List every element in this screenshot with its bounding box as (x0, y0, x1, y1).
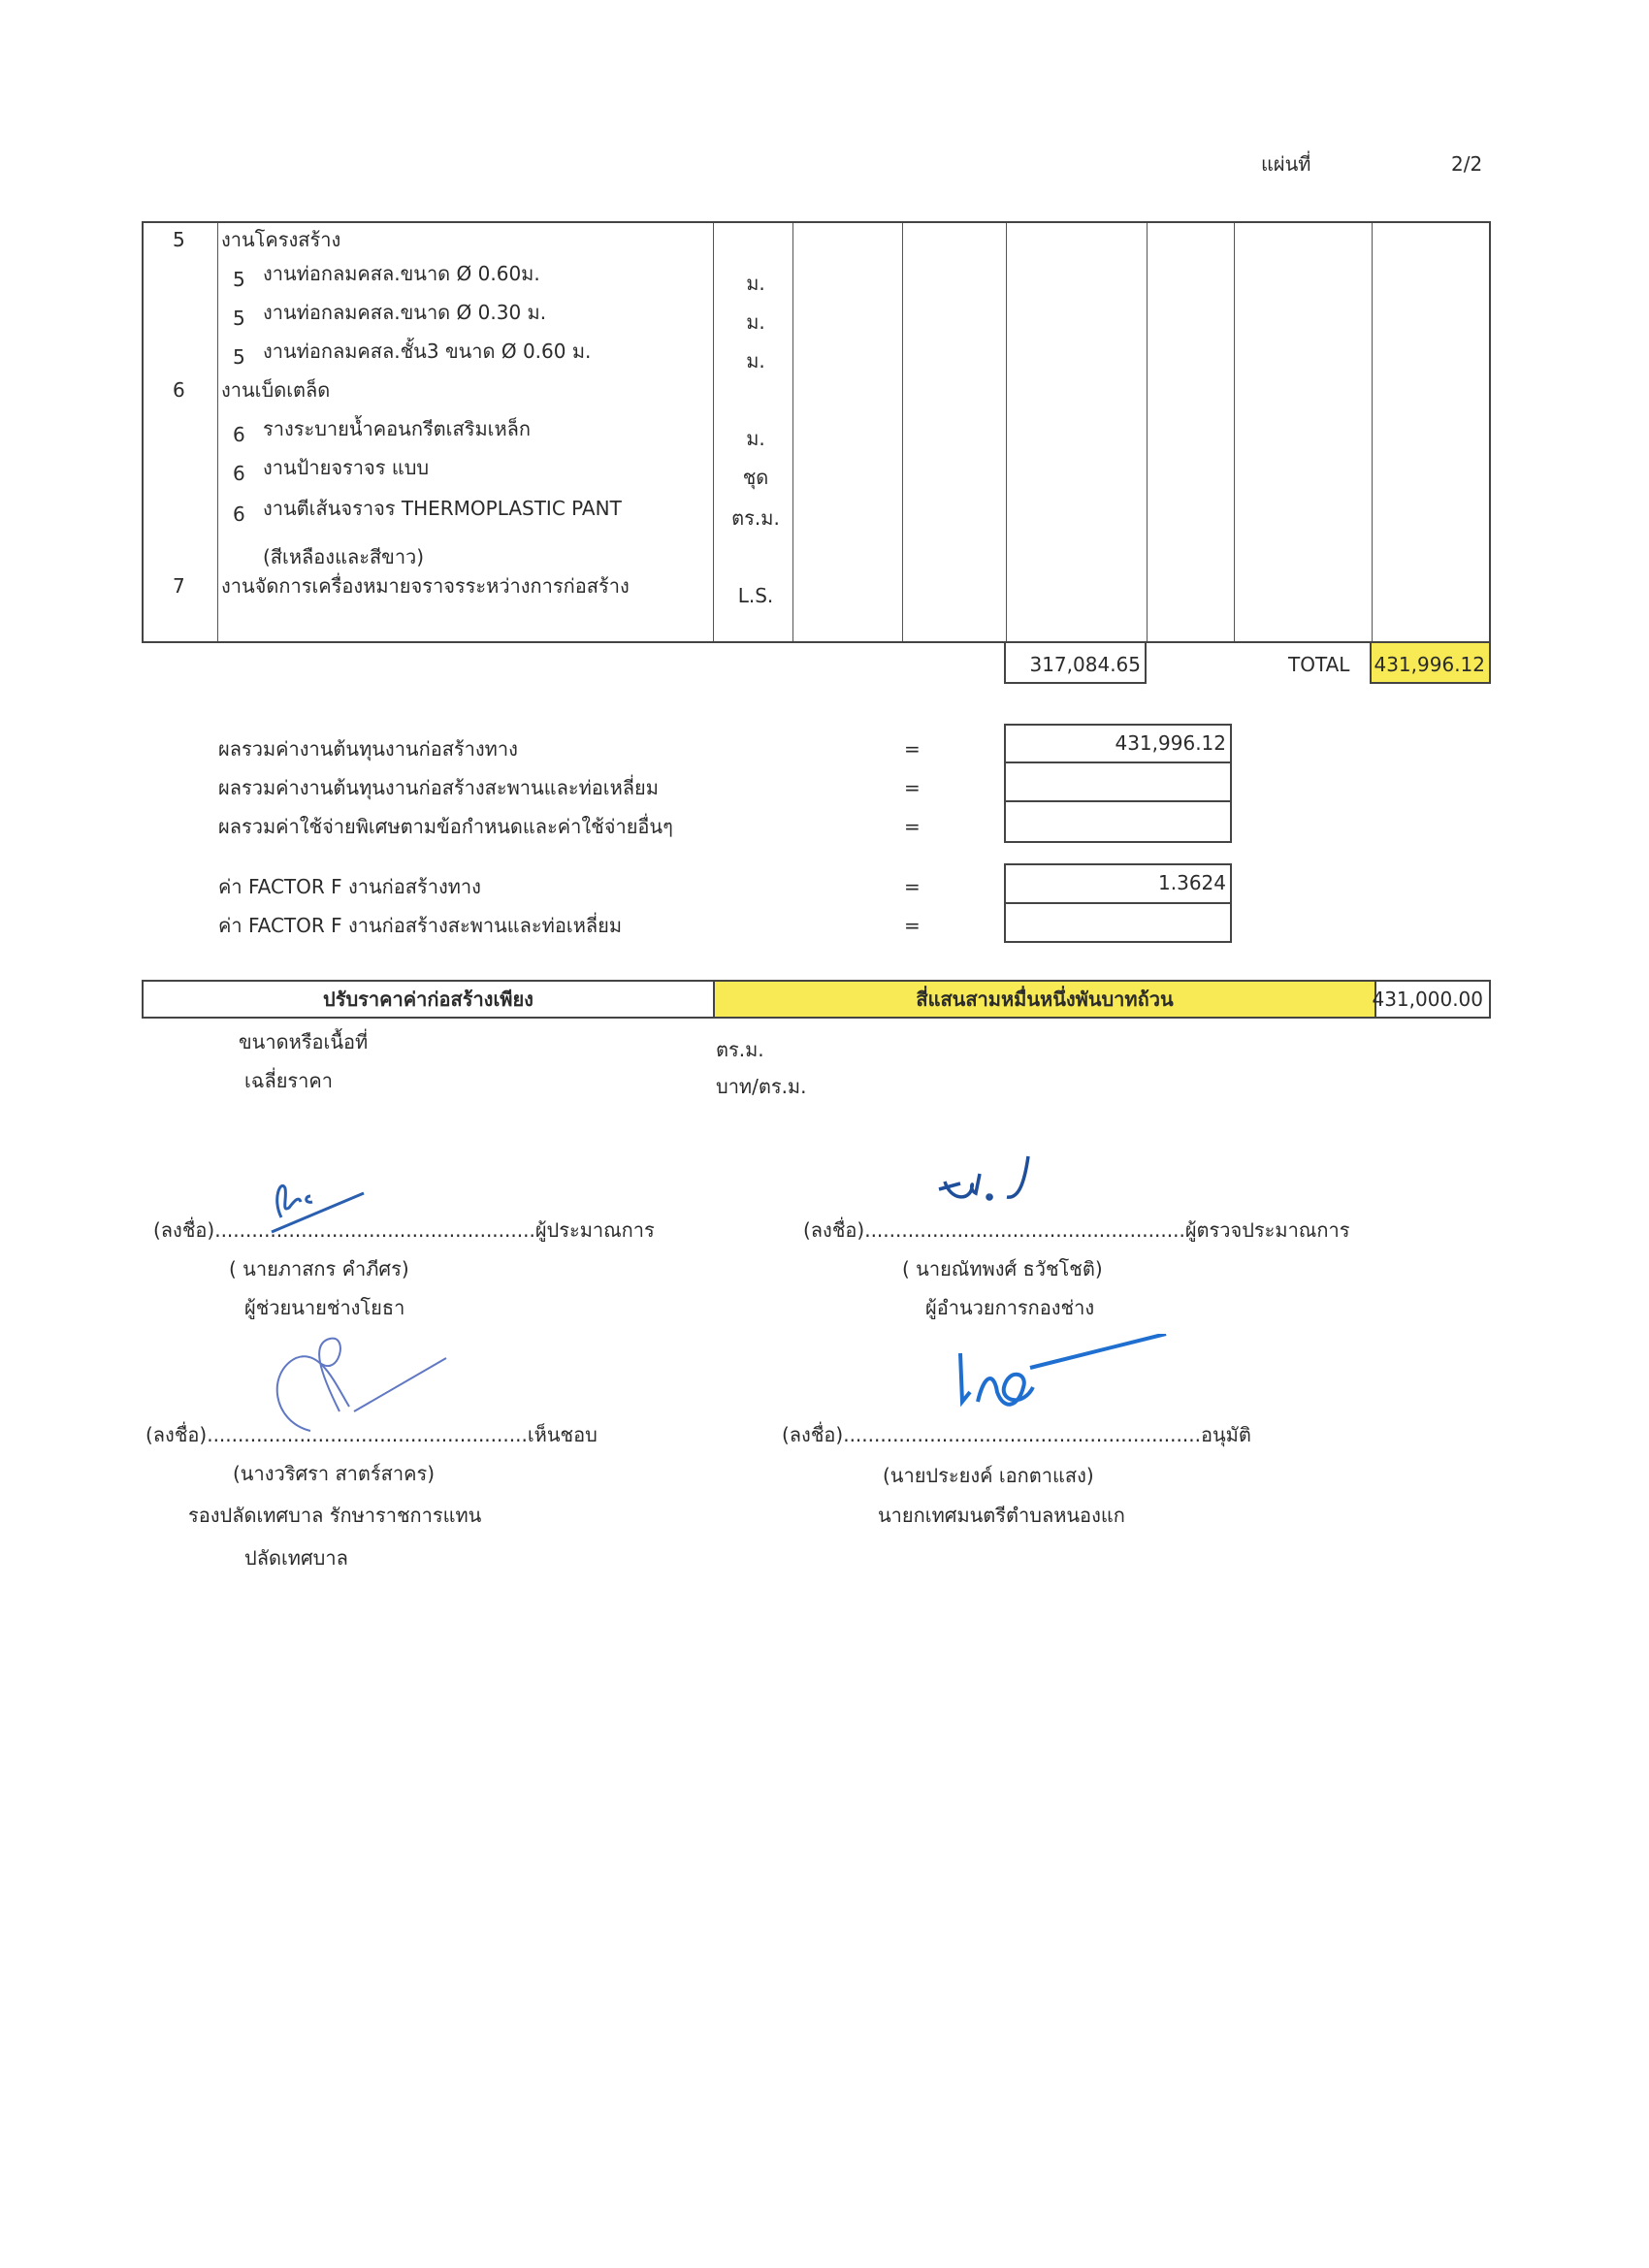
sub-item-number: 5 (233, 345, 245, 369)
item-unit: L.S. (716, 584, 795, 607)
final-price-label: ปรับราคาค่าก่อสร้างเพียง (144, 982, 713, 1017)
total-value: 431,996.12 (1370, 641, 1491, 684)
item-unit: ม. (716, 427, 795, 450)
average-price-unit: บาท/ตร.ม. (716, 1075, 806, 1098)
equals-sign: = (904, 875, 921, 898)
sign-prefix: (ลงชื่อ)................................… (145, 1423, 528, 1446)
sub-item-number: 5 (233, 307, 245, 330)
signer-role: ผู้ตรวจประมาณการ (1185, 1218, 1350, 1242)
item-unit: ม. (716, 310, 795, 334)
item-description: งานท่อกลมคสล.ขนาด Ø 0.60ม. (263, 262, 540, 285)
table-row: 5งานท่อกลมคสล.ขนาด Ø 0.60ม.ม. (144, 262, 1489, 285)
factor-box: 1.3624 (1004, 863, 1232, 943)
item-description: งานจัดการเครื่องหมายจราจรระหว่างการก่อสร… (221, 574, 630, 598)
signer-role: อนุมัติ (1201, 1423, 1251, 1446)
subtotal-cell: 317,084.65 (1004, 641, 1147, 684)
sign-prefix: (ลงชื่อ)................................… (782, 1423, 1201, 1446)
item-description: งานท่อกลมคสล.ชั้น3 ขนาด Ø 0.60 ม. (263, 340, 591, 363)
special-cost-value (1006, 802, 1230, 839)
signature-line-approver-deputy: (ลงชื่อ)................................… (145, 1419, 598, 1450)
area-label: ขนาดหรือเนื้อที่ (239, 1030, 368, 1053)
table-row: 5งานท่อกลมคสล.ชั้น3 ขนาด Ø 0.60 ม.ม. (144, 340, 1489, 363)
signature-mark (931, 1154, 1067, 1222)
factor-bridge-label: ค่า FACTOR F งานก่อสร้างสะพานและท่อเหลี่… (218, 914, 622, 937)
factor-bridge-value (1006, 904, 1230, 941)
equals-sign: = (904, 914, 921, 937)
summary-box: 431,996.12 (1004, 724, 1232, 843)
sub-item-number: 6 (233, 462, 245, 485)
item-description: งานป้ายจราจร แบบ (263, 456, 429, 479)
table-row: 5งานท่อกลมคสล.ขนาด Ø 0.30 ม.ม. (144, 301, 1489, 324)
signer-name: ( นายณัทพงศ์ ธวัชโชติ) (902, 1253, 1103, 1284)
signer-role: ผู้ประมาณการ (535, 1218, 655, 1242)
signer-position: ผู้อำนวยการกองช่าง (925, 1292, 1094, 1323)
signer-role: เห็นชอบ (528, 1423, 598, 1446)
sign-prefix: (ลงชื่อ)................................… (803, 1218, 1185, 1242)
table-row: 6งานเบ็ดเตล็ด (144, 378, 1489, 402)
factor-road-label: ค่า FACTOR F งานก่อสร้างทาง (218, 875, 481, 898)
item-unit: ชุด (716, 466, 795, 489)
factor-road-value: 1.3624 (1006, 865, 1230, 904)
item-description: รางระบายน้ำคอนกรีตเสริมเหล็ก (263, 417, 531, 440)
table-row: (สีเหลืองและสีขาว) (144, 539, 1489, 563)
sub-item-number: 6 (233, 423, 245, 446)
signer-position: รองปลัดเทศบาล รักษาราชการแทน (188, 1500, 481, 1531)
item-number: 5 (173, 228, 192, 251)
signature-line-mayor: (ลงชื่อ)................................… (782, 1419, 1251, 1450)
signature-line-reviewer: (ลงชื่อ)................................… (803, 1215, 1349, 1246)
equals-sign: = (904, 815, 921, 838)
sheet-number: 2/2 (1451, 152, 1482, 176)
sheet-label: แผ่นที่ (1261, 152, 1310, 176)
area-unit: ตร.ม. (716, 1038, 764, 1061)
signer-name: ( นายภาสกร คำภีศร) (229, 1253, 409, 1284)
table-row: 5งานโครงสร้าง (144, 228, 1489, 251)
table-row: 6รางระบายน้ำคอนกรีตเสริมเหล็กม. (144, 417, 1489, 440)
average-price-label: เฉลี่ยราคา (244, 1069, 333, 1092)
item-description: งานโครงสร้าง (221, 228, 340, 251)
bridge-cost-value (1006, 763, 1230, 802)
final-amount: 431,000.00 (1372, 982, 1483, 1017)
item-description: (สีเหลืองและสีขาว) (263, 545, 424, 568)
equals-sign: = (904, 737, 921, 761)
signer-position: ปลัดเทศบาล (244, 1542, 348, 1573)
item-number: 7 (173, 574, 192, 598)
signature-mark (951, 1334, 1174, 1421)
equals-sign: = (904, 776, 921, 799)
road-cost-value: 431,996.12 (1006, 726, 1230, 763)
item-unit: ม. (716, 272, 795, 295)
total-label: TOTAL (1288, 653, 1349, 676)
final-amount-text: สี่แสนสามหมื่นหนึ่งพันบาทถ้วน (713, 982, 1376, 1017)
signature-line-estimator: (ลงชื่อ)................................… (153, 1215, 655, 1246)
signer-position: นายกเทศมนตรีตำบลหนองแก (878, 1500, 1125, 1531)
item-description: งานท่อกลมคสล.ขนาด Ø 0.30 ม. (263, 301, 546, 324)
signer-position: ผู้ช่วยนายช่างโยธา (244, 1292, 404, 1323)
item-number: 6 (173, 378, 192, 402)
road-cost-label: ผลรวมค่างานต้นทุนงานก่อสร้างทาง (218, 737, 518, 761)
table-row: 6งานตีเส้นจราจร THERMOPLASTIC PANTตร.ม. (144, 497, 1489, 520)
item-unit: ตร.ม. (716, 506, 795, 530)
final-price-banner: ปรับราคาค่าก่อสร้างเพียง สี่แสนสามหมื่นห… (142, 980, 1491, 1019)
sign-prefix: (ลงชื่อ)................................… (153, 1218, 535, 1242)
sub-item-number: 5 (233, 268, 245, 291)
item-description: งานตีเส้นจราจร THERMOPLASTIC PANT (263, 497, 622, 520)
sub-item-number: 6 (233, 502, 245, 526)
item-description: งานเบ็ดเตล็ด (221, 378, 330, 402)
signer-name: (นางวริศรา สาตร์สาคร) (233, 1458, 435, 1489)
item-unit: ม. (716, 349, 795, 373)
table-row: 6งานป้ายจราจร แบบชุด (144, 456, 1489, 479)
cost-table: 5งานโครงสร้าง5งานท่อกลมคสล.ขนาด Ø 0.60ม.… (142, 221, 1491, 643)
bridge-cost-label: ผลรวมค่างานต้นทุนงานก่อสร้างสะพานและท่อเ… (218, 776, 659, 799)
table-row: 7งานจัดการเครื่องหมายจราจรระหว่างการก่อส… (144, 574, 1489, 598)
special-cost-label: ผลรวมค่าใช้จ่ายพิเศษตามข้อกำหนดและค่าใช้… (218, 815, 673, 838)
signer-name: (นายประยงค์ เอกตาแสง) (883, 1460, 1094, 1491)
